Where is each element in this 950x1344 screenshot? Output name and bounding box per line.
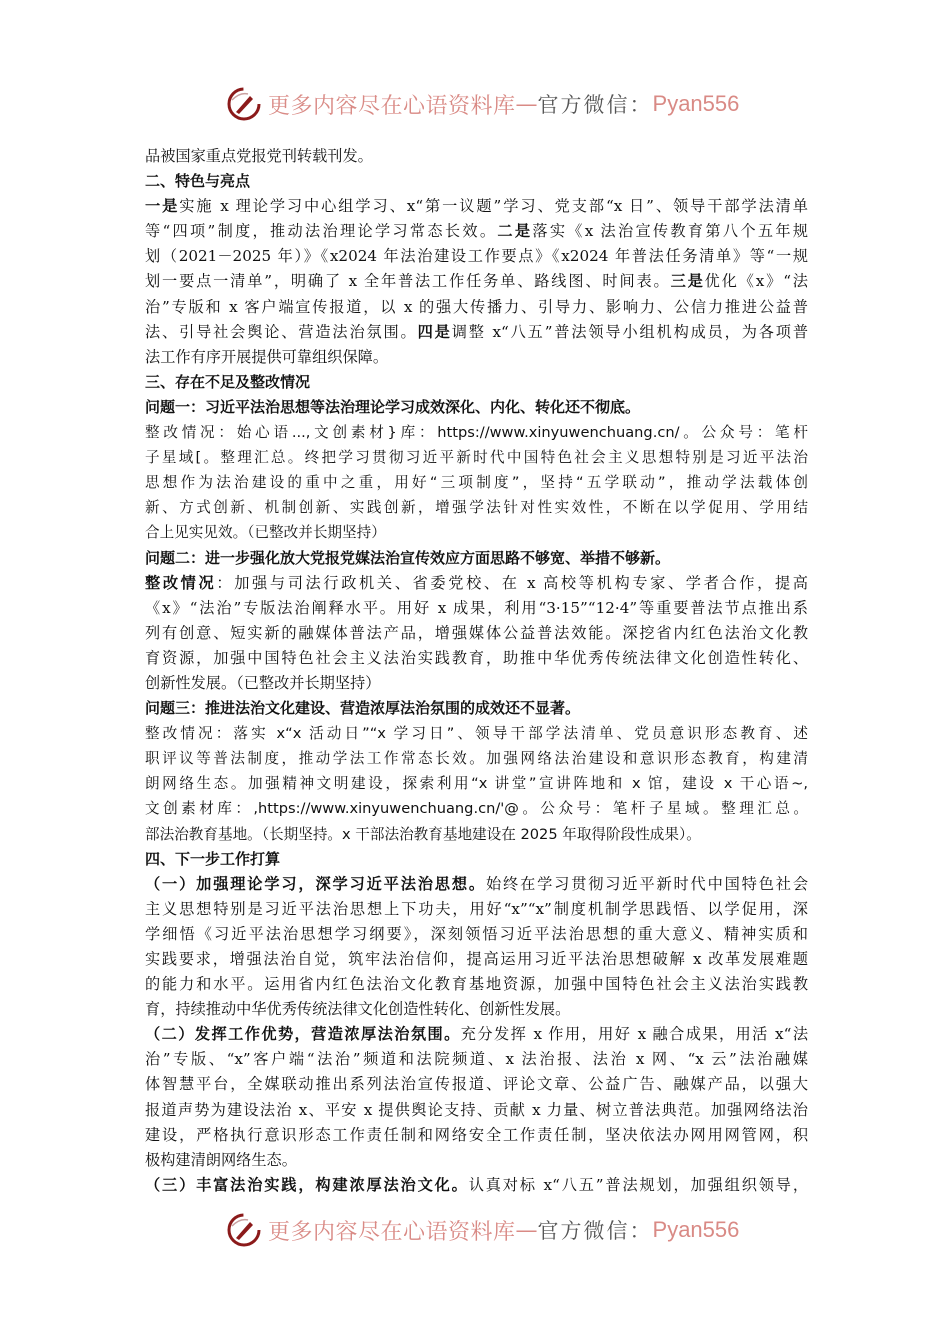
problem-3-title: 问题三：推进法治文化建设、营造浓厚法治氛围的成效还不显著。 [145, 696, 808, 721]
text: 始终在学习贯彻习近平新时代中国特色社会 [486, 875, 808, 893]
paragraph-line: 合上见实见效。（已整改并长期坚持） [145, 520, 808, 545]
text: 调整 x“八五”普法领导小组机构成员，为各项普 [452, 323, 808, 341]
keyword: 三是 [671, 272, 705, 290]
text: 划一要点一清单”，明确了 x 全年普法工作任务单、路线图、时间表。 [145, 272, 671, 290]
banner-wechat-id: Pyan556 [653, 1217, 740, 1243]
paragraph-line: 整改情况：始心语...,文创素材}库：https://www.xinyuwenc… [145, 420, 808, 445]
paragraph-line: 报道声势为建设法治 x、平安 x 提供舆论支持、贡献 x 力量、树立普法典范。加… [145, 1098, 808, 1123]
paragraph-line: 主义思想特别是习近平法治思想上下功夫，用好“x”“x”制度机制学思践悟、以学促用… [145, 897, 808, 922]
paragraph-line: 新、方式创新、机制创新、实践创新，增强学法针对性实效性，不断在以学促用、学用结 [145, 495, 808, 520]
paragraph-line: （二）发挥工作优势，营造浓厚法治氛围。充分发挥 x 作用，用好 x 融合成果，用… [145, 1022, 808, 1047]
banner-slogan: 更多内容尽在心语资料库 [268, 89, 516, 120]
problem-2-title: 问题二：进一步强化放大党报党媒法治宣传效应方面思路不够宽、举措不够新。 [145, 546, 808, 571]
paragraph-line: （一）加强理论学习，深学习近平法治思想。始终在学习贯彻习近平新时代中国特色社会 [145, 872, 808, 897]
text: 法、引导社会舆论、营造法治氛围。 [145, 323, 418, 341]
banner-dash: — [516, 92, 538, 117]
subsection-2-title: （二）发挥工作优势，营造浓厚法治氛围。 [145, 1025, 461, 1043]
text: 优化《x》“法 [705, 272, 808, 290]
paragraph-line: 法工作有序开展提供可靠组织保障。 [145, 345, 808, 370]
banner-official-label: 官方微信： [538, 89, 653, 119]
paragraph-line: 育，持续推动中华优秀传统法律文化创造性转化、创新性发展。 [145, 997, 808, 1022]
text: 落实《x 法治宣传教育第八个五年规 [532, 222, 808, 240]
paragraph-line: 治”专版和 x 客户端宣传报道，以 x 的强大传播力、引导力、影响力、公信力推进… [145, 295, 808, 320]
document-body: 品被国家重点党报党刊转载刊发。 二、特色与亮点 一是实施 x 理论学习中心组学习… [145, 144, 808, 1198]
paragraph-line: 部法治教育基地。（长期坚持。x 干部法治教育基地建设在 2025 年取得阶段性成… [145, 822, 808, 847]
paragraph-line: 思想作为法治建设的重中之重，用好“三项制度”，坚持“五学联动”，推动学法载体创 [145, 470, 808, 495]
footer-banner: 更多内容尽在心语资料库 — 官方微信： Pyan556 [226, 1208, 739, 1252]
paragraph-line: 列有创意、短实新的融媒体普法产品，增强媒体公益普法效能。深挖省内红色法治文化教 [145, 621, 808, 646]
paragraph-line: 育资源，加强中国特色社会主义法治实践教育，助推中华优秀传统法律文化创造性转化、 [145, 646, 808, 671]
keyword: 二是 [497, 222, 532, 240]
section-heading-3: 三、存在不足及整改情况 [145, 370, 808, 395]
paragraph-line: 《x》“法治”专版法治阐释水平。用好 x 成果，利用“3·15”“12·4”等重… [145, 596, 808, 621]
paragraph-line: 朗网络生态。加强精神文明建设，探索利用“x 讲堂”宣讲阵地和 x 馆，建设 x … [145, 771, 808, 796]
text: ：加强与司法行政机关、省委党校、在 x 高校等机构专家、学者合作，提高 [216, 574, 808, 592]
paragraph-line: 治”专版、“x”客户端“法治”频道和法院频道、x 法治报、法治 x 网、“x 云… [145, 1047, 808, 1072]
text: 充分发挥 x 作用，用好 x 融合成果，用活 x“法 [461, 1025, 808, 1043]
section-heading-4: 四、下一步工作打算 [145, 847, 808, 872]
paragraph-line: 法、引导社会舆论、营造法治氛围。四是调整 x“八五”普法领导小组机构成员，为各项… [145, 320, 808, 345]
paragraph-line: 划（2021－2025 年）》《x2024 年法治建设工作要点》《x2024 年… [145, 244, 808, 269]
keyword: 四是 [418, 323, 452, 341]
banner-official-label: 官方微信： [538, 1215, 653, 1245]
paragraph-line: 划一要点一清单”，明确了 x 全年普法工作任务单、路线图、时间表。三是优化《x》… [145, 269, 808, 294]
paragraph-line: 创新性发展。（已整改并长期坚持） [145, 671, 808, 696]
keyword: 一是 [145, 197, 179, 215]
section-heading-2: 二、特色与亮点 [145, 169, 808, 194]
paragraph-line: 等“四项”制度，推动法治理论学习常态长效。二是落实《x 法治宣传教育第八个五年规 [145, 219, 808, 244]
banner-dash: — [516, 1218, 538, 1243]
paragraph-line: 品被国家重点党报党刊转载刊发。 [145, 144, 808, 169]
text: 等“四项”制度，推动法治理论学习常态长效。 [145, 222, 497, 240]
banner-wechat-id: Pyan556 [653, 91, 740, 117]
paragraph-line: 体智慧平台，全媒联动推出系列法治宣传报道、评论文章、公益广告、融媒产品，以强大 [145, 1072, 808, 1097]
paragraph-line: 一是实施 x 理论学习中心组学习、x“第一议题”学习、党支部“x 日”、领导干部… [145, 194, 808, 219]
paragraph-line: 建设，严格执行意识形态工作责任制和网络安全工作责任制，坚决依法办网用网管网，积 [145, 1123, 808, 1148]
paragraph-line: （三）丰富法治实践，构建浓厚法治文化。认真对标 x“八五”普法规划，加强组织领导… [145, 1173, 808, 1198]
banner-slogan: 更多内容尽在心语资料库 [268, 1215, 516, 1246]
paragraph-line: 文创素材库：,https://www.xinyuwenchuang.cn/'@。… [145, 796, 808, 821]
paragraph-line: 学细悟《习近平法治思想学习纲要》，深刻领悟习近平法治思想的重大意义、精神实质和 [145, 922, 808, 947]
subsection-1-title: （一）加强理论学习，深学习近平法治思想。 [145, 875, 486, 893]
text: 认真对标 x“八五”普法规划，加强组织领导， [469, 1176, 808, 1194]
rectify-label: 整改情况 [145, 574, 216, 592]
text: 实施 x 理论学习中心组学习、x“第一议题”学习、党支部“x 日”、领导干部学法… [179, 197, 808, 215]
header-banner: 更多内容尽在心语资料库 — 官方微信： Pyan556 [226, 82, 739, 126]
paragraph-line: 极构建清朗网络生态。 [145, 1148, 808, 1173]
paragraph-line: 整改情况：加强与司法行政机关、省委党校、在 x 高校等机构专家、学者合作，提高 [145, 571, 808, 596]
quill-logo-icon [226, 1212, 262, 1248]
paragraph-line: 子星域[。整理汇总。终把学习贯彻习近平新时代中国特色社会主义思想特别是习近平法治 [145, 445, 808, 470]
paragraph-line: 实践要求，增强法治自觉，筑牢法治信仰，提高运用习近平法治思想破解 x 改革发展难… [145, 947, 808, 972]
subsection-3-title: （三）丰富法治实践，构建浓厚法治文化。 [145, 1176, 469, 1194]
paragraph-line: 职评议等普法制度，推动学法工作常态长效。加强网络法治建设和意识形态教育，构建清 [145, 746, 808, 771]
problem-1-title: 问题一：习近平法治思想等法治理论学习成效深化、内化、转化还不彻底。 [145, 395, 808, 420]
quill-logo-icon [226, 86, 262, 122]
paragraph-line: 的能力和水平。运用省内红色法治文化教育基地资源，加强中国特色社会主义法治实践教 [145, 972, 808, 997]
paragraph-line: 整改情况：落实 x“x 活动日”“x 学习日”、领导干部学法清单、党员意识形态教… [145, 721, 808, 746]
